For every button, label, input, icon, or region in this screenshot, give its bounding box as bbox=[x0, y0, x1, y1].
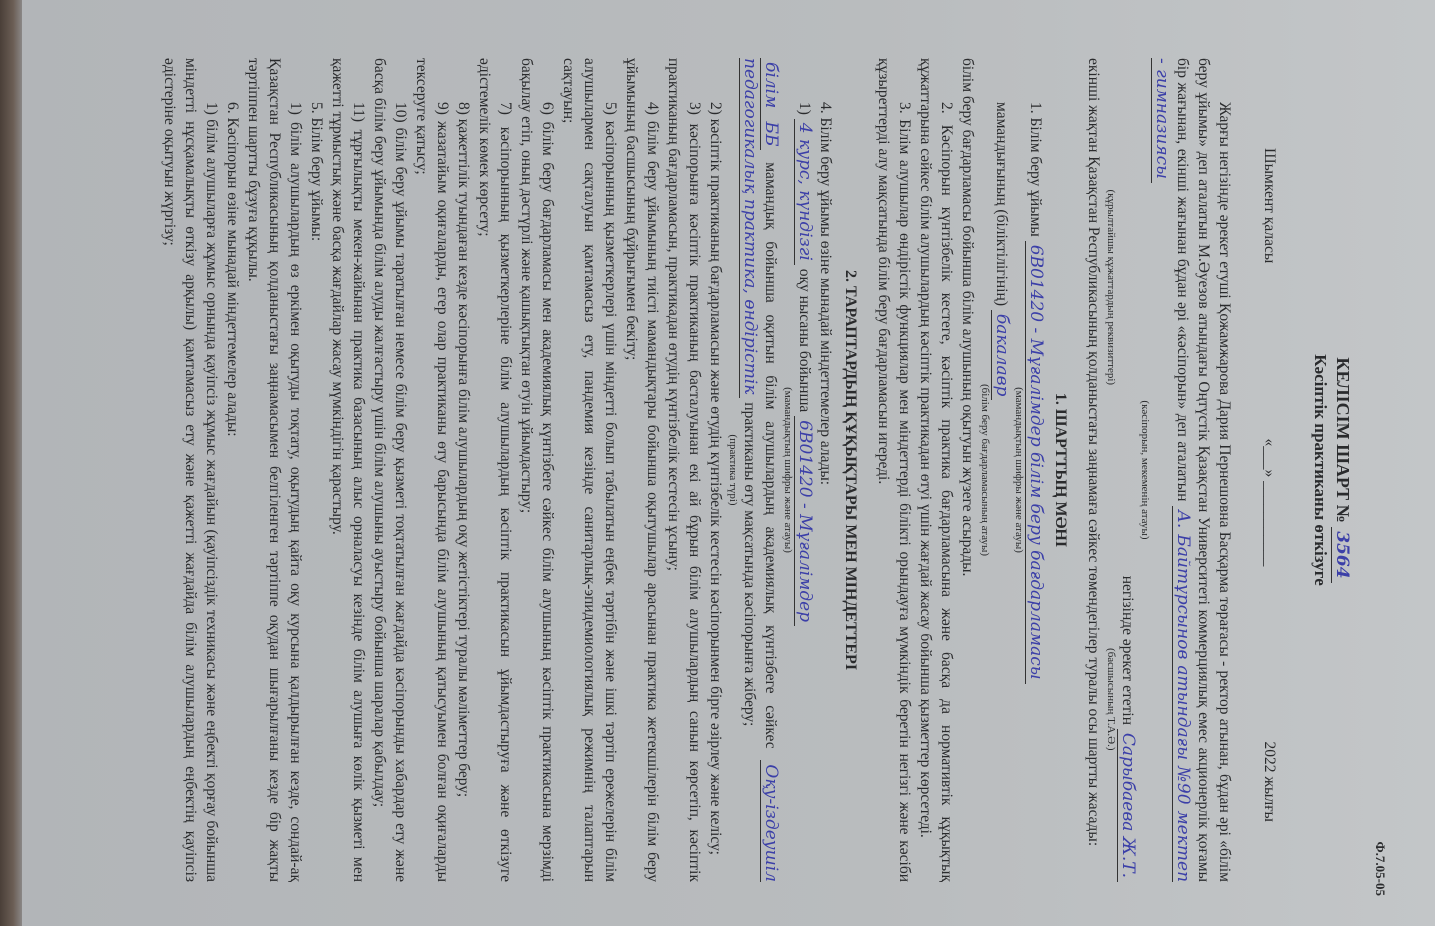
contract-number: 3564 bbox=[1331, 527, 1352, 582]
document-subtitle: Кәсіптік практиканы өткізуге bbox=[1310, 58, 1331, 882]
section-2-item-4: 4. Білім беру ұйымы өзіне мынадай міндет… bbox=[815, 58, 836, 882]
section-2-item-6: 6. Кәсіпорын өзіне мынадай міндеттемелер… bbox=[222, 58, 243, 882]
section-2-sub-4: 4) білім беру ұйымының тиісті мамандықта… bbox=[621, 58, 663, 882]
contract-page: Ф.7.05-05 КЕЛІСІМ ШАРТ № 3564 Кәсіптік п… bbox=[22, 0, 1435, 926]
place-date-row: Шымкент қаласы «___» ___________ 2022 жы… bbox=[1259, 148, 1280, 822]
section-2-sub-1: 1) 4 курс, күндізгі оқу нысаны бойынша 6… bbox=[794, 58, 815, 882]
section-1-item-1-end: білім беру бағдарламасы бойынша білім ал… bbox=[957, 58, 978, 882]
section-2-item-5: 5. Білім беру ұйымы: bbox=[306, 58, 327, 882]
section-2-sub-9: 9) жазатайым оқиғаларды, егер олар практ… bbox=[411, 58, 453, 882]
head-name: Сарыбаева Ж.Т. bbox=[1117, 729, 1138, 882]
section-2-sub-3: 3) кәсіпорынға кәсіптік практиканың баст… bbox=[663, 58, 705, 882]
section-2-sub-7: 7) кәсіпорынның қызметкерлеріне білім ал… bbox=[474, 58, 516, 882]
degree: білім ББ bbox=[760, 58, 781, 150]
date-blank: «___» ___________ bbox=[1259, 438, 1280, 566]
year: 2022 жылғы bbox=[1259, 741, 1280, 822]
qualification-line: мамандығының (біліктілігінің) бакалавр bbox=[991, 58, 1012, 882]
enterprise-caption: (кәсіпорын, мекеменің атауы) bbox=[1138, 58, 1151, 882]
qualification-caption: (білім беру бағдарламасының атауы) bbox=[978, 58, 991, 882]
section-2-sub-2: 2) кәсіптік практиканың бағдарламасын жә… bbox=[705, 58, 726, 882]
section-2-sub-1-cont: білім ББ мамандық бойынша оқитын білім а… bbox=[739, 58, 781, 882]
form-code: Ф.7.05-05 bbox=[1370, 842, 1391, 897]
table-edge bbox=[0, 0, 22, 926]
specialty-code-2: 6В01420 - Мұғалімдер bbox=[794, 416, 815, 626]
specialty-caption-2: (мамандықтың шифры және атауы) bbox=[781, 58, 794, 882]
city: Шымкент қаласы bbox=[1259, 148, 1280, 263]
section-2-item-5-sub-1: 1) білім алушылардың өз еркімен оқытуды … bbox=[243, 58, 306, 882]
practice-caption: (практика түрі) bbox=[726, 58, 739, 882]
document-title: КЕЛІСІМ ШАРТ № 3564 bbox=[1331, 58, 1353, 882]
section-1-item-2: 2. Кәсіпорын күнтізбелік кестеге, кәсіпт… bbox=[915, 58, 957, 882]
section-2-sub-5: 5) кәсіпорынның қызметкерлері үшін мінде… bbox=[558, 58, 621, 882]
acts-basis-line: негізінде әрекет ететін Сарыбаева Ж.Т. bbox=[1117, 58, 1138, 882]
specialty-caption: (мамандықтың шифры және атауы) bbox=[1012, 58, 1025, 882]
intro-closing: екінші жақтан Қазақстан Республикасының … bbox=[1083, 58, 1104, 882]
section-2-sub-6: 6) білім беру бағдарламасы мен академиял… bbox=[516, 58, 558, 882]
intro-paragraph: Жарғы негізінде әрекет етуші Қожамжарова… bbox=[1151, 58, 1235, 882]
section-1-item-3: 3. Білім алушылар өндірістік функциялар … bbox=[873, 58, 915, 882]
course-form: 4 курс, күндізгі bbox=[794, 119, 815, 265]
section-2-sub-8: 8) қажеттілік туындаған кезде кәсіпорынғ… bbox=[453, 58, 474, 882]
specialty-code: 6В01420 - Мұғалімдер білім беру бағдарла… bbox=[1025, 241, 1046, 684]
caption-row: (құрылтайшы құжаттардың реквизиттері) (б… bbox=[1104, 58, 1117, 882]
section-2-sub-10: 10) білім беру ұйымы таратылған немесе б… bbox=[369, 58, 411, 882]
section-2-heading: 2. ТАРАПТАРДЫҢ ҚҰҚЫҚТАРЫ МЕН МІНДЕТТЕРІ bbox=[840, 58, 861, 882]
qualification: бакалавр bbox=[991, 310, 1012, 401]
section-2-sub-11: 11) тұрғылықты мекен-жайынан практика ба… bbox=[327, 58, 369, 882]
section-2-item-6-sub-1: 1) білім алушыларға жұмыс орнында қауіпс… bbox=[159, 58, 222, 882]
section-1-heading: 1. ШАРТТЫҢ МӘНІ bbox=[1050, 58, 1071, 882]
section-1-item-1: 1. Білім беру ұйымы 6В01420 - Мұғалімдер… bbox=[1025, 58, 1046, 882]
